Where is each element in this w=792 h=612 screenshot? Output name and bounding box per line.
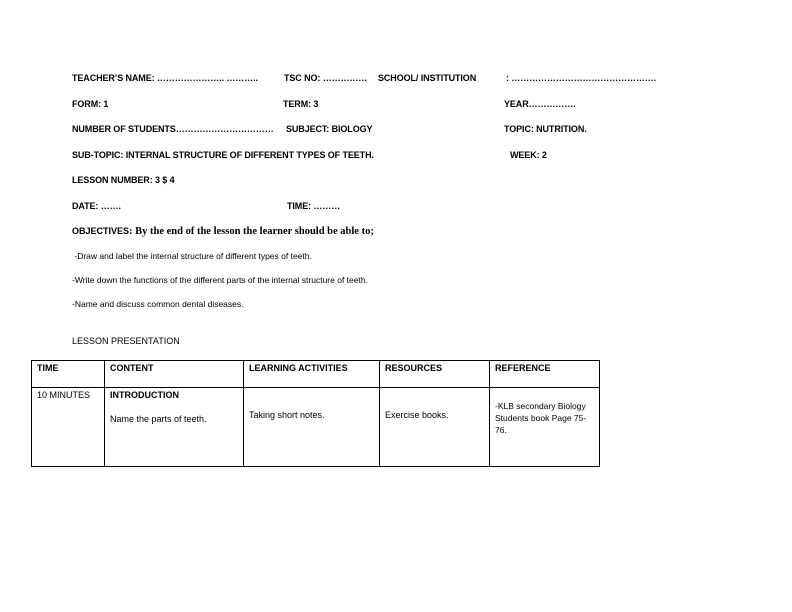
lesson-number-field: LESSON NUMBER: 3 $ 4 xyxy=(72,175,175,185)
school-value: : …………………………………………. xyxy=(506,73,656,83)
column-header-time: TIME xyxy=(32,361,105,388)
learning-activities-text: Taking short notes. xyxy=(249,410,374,420)
column-header-reference: REFERENCE xyxy=(490,361,600,388)
subject-field: SUBJECT: BIOLOGY xyxy=(286,124,372,134)
cell-reference: -KLB secondary Biology Students book Pag… xyxy=(490,388,600,467)
cell-learning-activities: Taking short notes. xyxy=(244,388,380,467)
cell-time: 10 MINUTES xyxy=(32,388,105,467)
column-header-resources: RESOURCES xyxy=(380,361,490,388)
cell-resources: Exercise books. xyxy=(380,388,490,467)
objective-item: -Draw and label the internal structure o… xyxy=(72,251,312,261)
table-header-row: TIME CONTENT LEARNING ACTIVITIES RESOURC… xyxy=(32,361,600,388)
column-header-learning-activities: LEARNING ACTIVITIES xyxy=(244,361,380,388)
content-text: Name the parts of teeth. xyxy=(110,414,207,424)
week-field: WEEK: 2 xyxy=(510,150,547,160)
column-header-content: CONTENT xyxy=(105,361,244,388)
resources-text: Exercise books. xyxy=(385,410,484,420)
tsc-number-field: TSC NO: …………… xyxy=(284,73,367,83)
reference-text: -KLB secondary Biology Students book Pag… xyxy=(495,400,594,436)
objectives-intro: : By the end of the lesson the learner s… xyxy=(129,226,374,237)
cell-content: INTRODUCTION Name the parts of teeth. xyxy=(105,388,244,467)
table-row: 10 MINUTES INTRODUCTION Name the parts o… xyxy=(32,388,600,467)
year-field: YEAR……………. xyxy=(504,99,576,109)
objective-item: -Write down the functions of the differe… xyxy=(72,275,368,285)
teacher-name-field: TEACHER’S NAME: ………………….. ……….. xyxy=(72,73,258,83)
lesson-presentation-title: LESSON PRESENTATION xyxy=(72,336,180,346)
school-label: SCHOOL/ INSTITUTION xyxy=(378,73,476,83)
objectives-heading: OBJECTIVES: By the end of the lesson the… xyxy=(72,226,374,237)
objectives-label: OBJECTIVES xyxy=(72,226,129,236)
time-field: TIME: ……… xyxy=(287,201,340,211)
lesson-presentation-table: TIME CONTENT LEARNING ACTIVITIES RESOURC… xyxy=(31,360,600,467)
date-field: DATE: ……. xyxy=(72,201,121,211)
term-field: TERM: 3 xyxy=(283,99,318,109)
sub-topic-field: SUB-TOPIC: INTERNAL STRUCTURE OF DIFFERE… xyxy=(72,150,374,160)
number-of-students-field: NUMBER OF STUDENTS…………………………… xyxy=(72,124,274,134)
objective-item: -Name and discuss common dental diseases… xyxy=(72,299,244,309)
content-heading: INTRODUCTION xyxy=(110,390,238,400)
topic-field: TOPIC: NUTRITION. xyxy=(504,124,587,134)
form-field: FORM: 1 xyxy=(72,99,108,109)
